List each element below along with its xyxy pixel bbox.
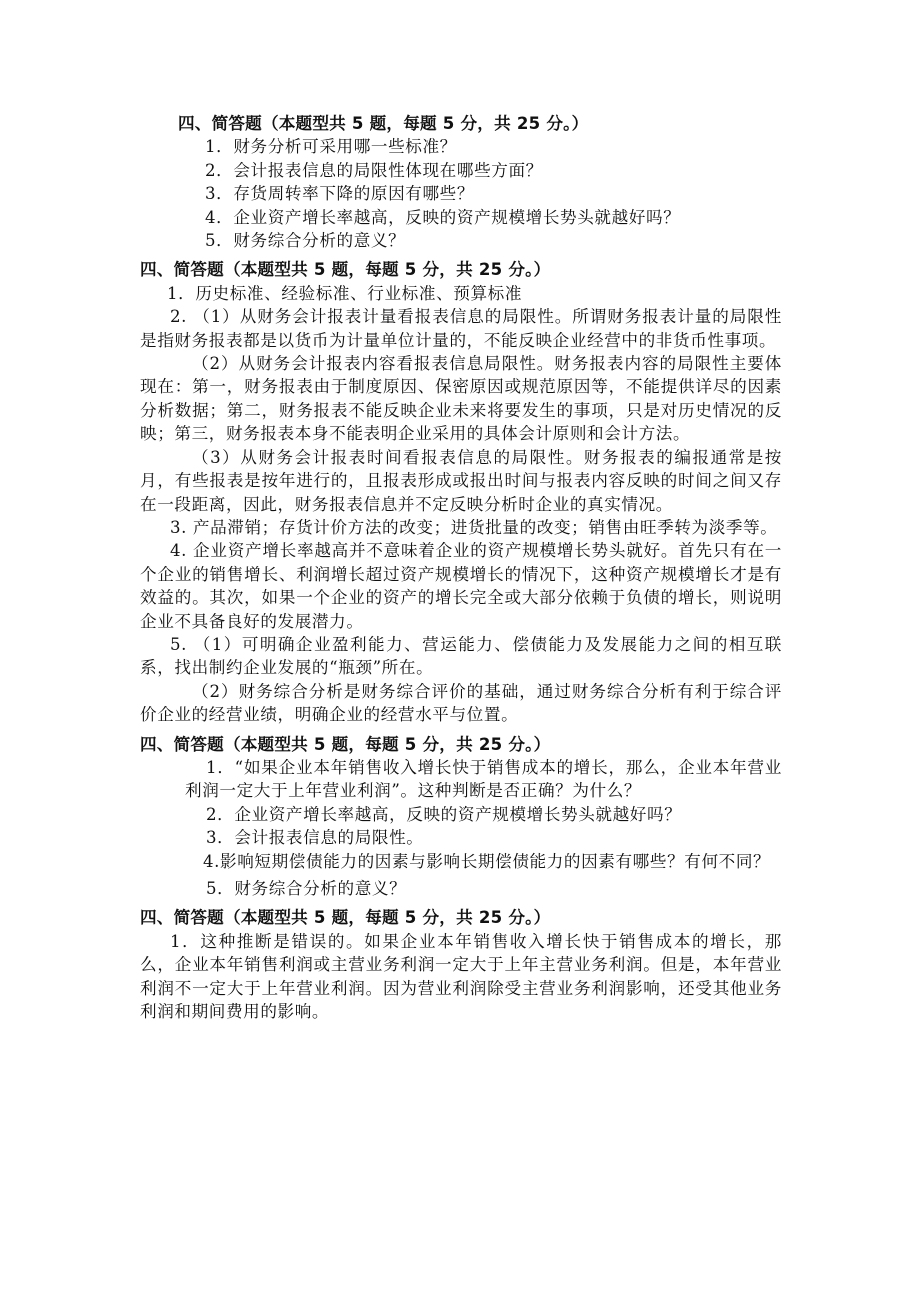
- section-answers-2: 四、简答题（本题型共 5 题，每题 5 分，共 25 分。） 1．这种推断是错误…: [140, 906, 782, 1023]
- section-questions-1: 四、简答题（本题型共 5 题，每题 5 分，共 25 分。） 1．财务分析可采用…: [140, 112, 782, 252]
- section-heading: 四、简答题（本题型共 5 题，每题 5 分，共 25 分。）: [140, 733, 782, 756]
- question-item: 2．会计报表信息的局限性体现在哪些方面？: [140, 159, 782, 182]
- answer-item: 1．历史标准、经验标准、行业标准、预算标准: [140, 282, 782, 305]
- answer-item: 1．这种推断是错误的。如果企业本年销售收入增长快于销售成本的增长，那么，企业本年…: [140, 930, 782, 1024]
- answer-item: 5. （1）可明确企业盈利能力、营运能力、偿债能力及发展能力之间的相互联系，找出…: [140, 633, 782, 680]
- question-item: 2．企业资产增长率越高，反映的资产规模增长势头就越好吗？: [140, 803, 782, 826]
- question-item: 3．会计报表信息的局限性。: [140, 826, 782, 849]
- answer-item: （2）从财务会计报表内容看报表信息局限性。财务报表内容的局限性主要体现在：第一，…: [140, 352, 782, 446]
- question-item: 5．财务综合分析的意义？: [140, 229, 782, 252]
- question-item: 4．企业资产增长率越高，反映的资产规模增长势头就越好吗？: [140, 206, 782, 229]
- question-item: 4.影响短期偿债能力的因素与影响长期偿债能力的因素有哪些？有何不同？: [140, 850, 782, 873]
- answer-item: （2）财务综合分析是财务综合评价的基础，通过财务综合分析有利于综合评价企业的经营…: [140, 680, 782, 727]
- answer-item: 2. （1）从财务会计报表计量看报表信息的局限性。所谓财务报表计量的局限性是指财…: [140, 305, 782, 352]
- section-questions-2: 四、简答题（本题型共 5 题，每题 5 分，共 25 分。） 1．“如果企业本年…: [140, 733, 782, 901]
- answer-item: （3）从财务会计报表时间看报表信息的局限性。财务报表的编报通常是按月，有些报表是…: [140, 446, 782, 516]
- question-item: 1．“如果企业本年销售收入增长快于销售成本的增长，那么，企业本年营业利润一定大于…: [140, 756, 782, 803]
- section-heading: 四、简答题（本题型共 5 题，每题 5 分，共 25 分。）: [140, 258, 782, 281]
- section-answers-1: 四、简答题（本题型共 5 题，每题 5 分，共 25 分。） 1．历史标准、经验…: [140, 258, 782, 726]
- question-item: 5．财务综合分析的意义？: [140, 877, 782, 900]
- question-item: 1．财务分析可采用哪一些标准？: [140, 135, 782, 158]
- section-heading: 四、简答题（本题型共 5 题，每题 5 分，共 25 分。）: [140, 906, 782, 929]
- document-page: 四、简答题（本题型共 5 题，每题 5 分，共 25 分。） 1．财务分析可采用…: [140, 112, 782, 1023]
- answer-item: 3. 产品滞销；存货计价方法的改变；进货批量的改变；销售由旺季转为淡季等。: [140, 516, 782, 539]
- answer-item: 4. 企业资产增长率越高并不意味着企业的资产规模增长势头就好。首先只有在一个企业…: [140, 539, 782, 633]
- question-item: 3．存货周转率下降的原因有哪些？: [140, 182, 782, 205]
- section-heading: 四、简答题（本题型共 5 题，每题 5 分，共 25 分。）: [140, 112, 782, 135]
